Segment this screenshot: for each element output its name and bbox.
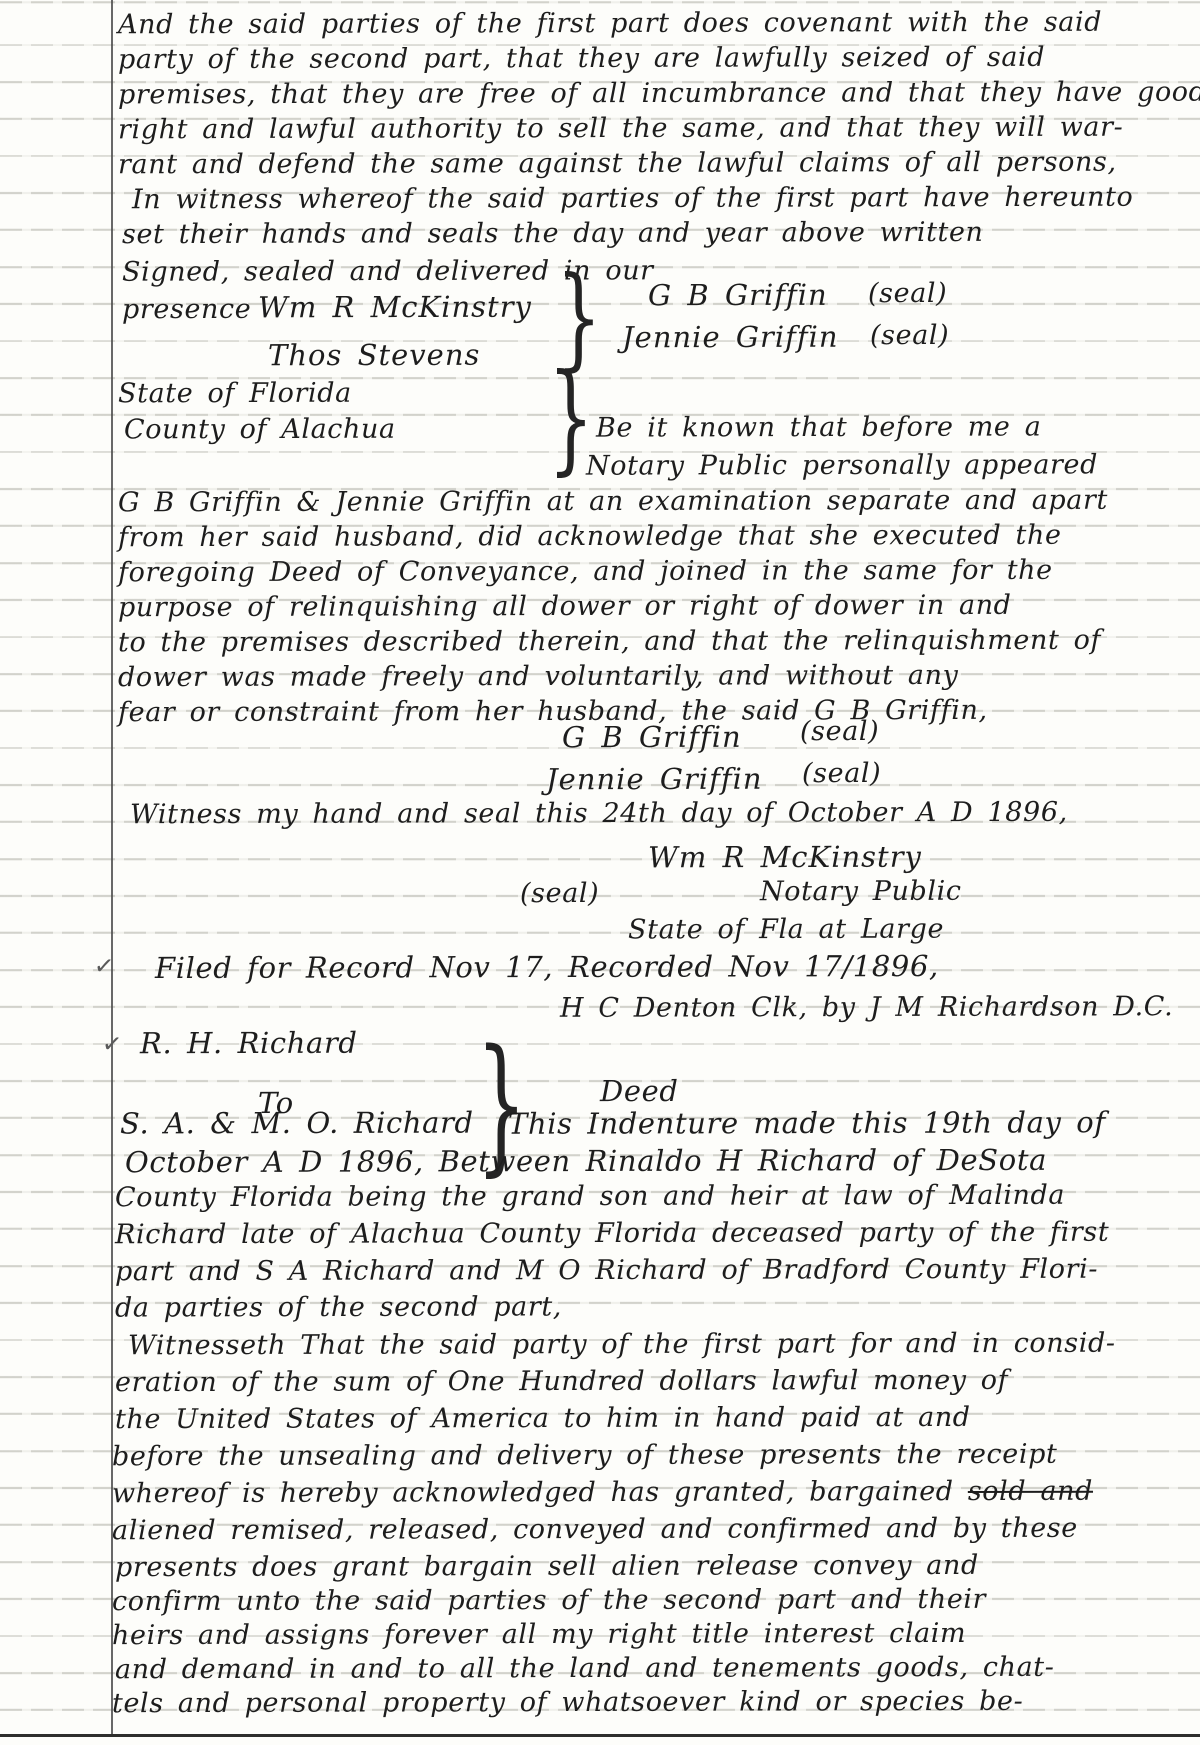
- ack-signature-name: G B Griffin: [562, 720, 742, 754]
- seal-annotation: (seal): [802, 758, 881, 789]
- instrument-title: Deed: [600, 1074, 679, 1108]
- deed-body-line: presents does grant bargain sell alien r…: [115, 1550, 979, 1583]
- venue-state: State of Florida: [118, 378, 352, 410]
- page-bottom-edge: [0, 1734, 1200, 1737]
- caption-grantee: S. A. & M. O. Richard: [120, 1106, 474, 1141]
- recording-clerk-line: H C Denton Clk, by J M Richardson D.C.: [560, 991, 1173, 1024]
- deed-record-page: And the said parties of the first part d…: [0, 0, 1200, 1745]
- margin-checkmark-icon: ✓: [93, 951, 116, 981]
- deed-body-line: County Florida being the grand son and h…: [115, 1180, 1065, 1213]
- deed-body-line: Witnesseth That the said party of the fi…: [128, 1328, 1116, 1362]
- ack-intro-line: Be it known that before me a: [596, 411, 1041, 443]
- ack-body-line: dower was made freely and voluntarily, a…: [118, 660, 959, 693]
- deed-body-line: the United States of America to him in h…: [115, 1402, 971, 1435]
- caption-grantor: R. H. Richard: [140, 1026, 358, 1061]
- ack-body-line: G B Griffin & Jennie Griffin at an exami…: [118, 485, 1108, 519]
- deed-body-line: eration of the sum of One Hundred dollar…: [115, 1365, 1008, 1398]
- ack-body-line: from her said husband, did acknowledge t…: [118, 520, 1062, 553]
- margin-checkmark-icon: ✓: [101, 1029, 124, 1059]
- recording-filed-line: Filed for Record Nov 17, Recorded Nov 17…: [155, 949, 939, 985]
- seal-annotation: (seal): [868, 278, 947, 309]
- grantor-signature-name: Jennie Griffin: [622, 320, 839, 355]
- deed-body-line: heirs and assigns forever all my right t…: [112, 1618, 966, 1651]
- jurat-line: Witness my hand and seal this 24th day o…: [130, 797, 1068, 830]
- deed-body-line-with-strike: whereof is hereby acknowledged has grant…: [112, 1476, 1093, 1510]
- struck-words: sold and: [968, 1476, 1093, 1507]
- witness-signature-2: Thos Stevens: [268, 338, 480, 373]
- deed-body-line: tels and personal property of whatsoever…: [112, 1686, 1023, 1719]
- grantor-signature-name: G B Griffin: [648, 278, 828, 312]
- notary-seal: (seal): [520, 878, 599, 909]
- covenant-line: And the said parties of the first part d…: [118, 7, 1102, 41]
- strike-line-before: whereof is hereby acknowledged has grant…: [112, 1476, 968, 1509]
- covenant-line: right and lawful authority to sell the s…: [118, 112, 1123, 146]
- deed-body-line: confirm unto the said parties of the sec…: [112, 1584, 986, 1617]
- seal-annotation: (seal): [870, 320, 949, 351]
- indenture-opening-line: This Indenture made this 19th day of: [508, 1105, 1106, 1141]
- presence-label: presence: [122, 294, 251, 325]
- ack-signature-name: Jennie Griffin: [546, 762, 763, 797]
- deed-body-line: October A D 1896, Between Rinaldo H Rich…: [125, 1143, 1047, 1179]
- ack-intro-line: Notary Public personally appeared: [586, 449, 1098, 481]
- ack-body-line: purpose of relinquishing all dower or ri…: [118, 590, 1012, 623]
- deed-body-line: part and S A Richard and M O Richard of …: [115, 1254, 1098, 1288]
- deed-body-line: before the unsealing and delivery of the…: [112, 1439, 1057, 1472]
- covenant-line: rant and defend the same against the law…: [118, 147, 1117, 181]
- testimonium-line: set their hands and seals the day and ye…: [122, 217, 984, 250]
- notary-title: Notary Public: [760, 876, 962, 908]
- ack-body-line: foregoing Deed of Conveyance, and joined…: [118, 555, 1053, 588]
- covenant-line: premises, that they are free of all incu…: [118, 77, 1200, 111]
- deed-body-line: aliened remised, released, conveyed and …: [112, 1513, 1078, 1547]
- margin-rule-line: [111, 0, 113, 1736]
- notary-jurisdiction: State of Fla at Large: [628, 914, 944, 946]
- notary-signature: Wm R McKinstry: [648, 840, 922, 875]
- covenant-line: party of the second part, that they are …: [118, 42, 1045, 75]
- deed-body-line: da parties of the second part,: [115, 1291, 562, 1323]
- testimonium-line: In witness whereof the said parties of t…: [132, 182, 1133, 216]
- seal-annotation: (seal): [800, 716, 879, 747]
- venue-county: County of Alachua: [124, 414, 396, 446]
- ack-body-line: to the premises described therein, and t…: [118, 625, 1101, 659]
- witness-signature-1: Wm R McKinstry: [258, 290, 532, 325]
- deed-body-line: Richard late of Alachua County Florida d…: [115, 1217, 1109, 1251]
- deed-body-line: and demand in and to all the land and te…: [115, 1652, 1055, 1685]
